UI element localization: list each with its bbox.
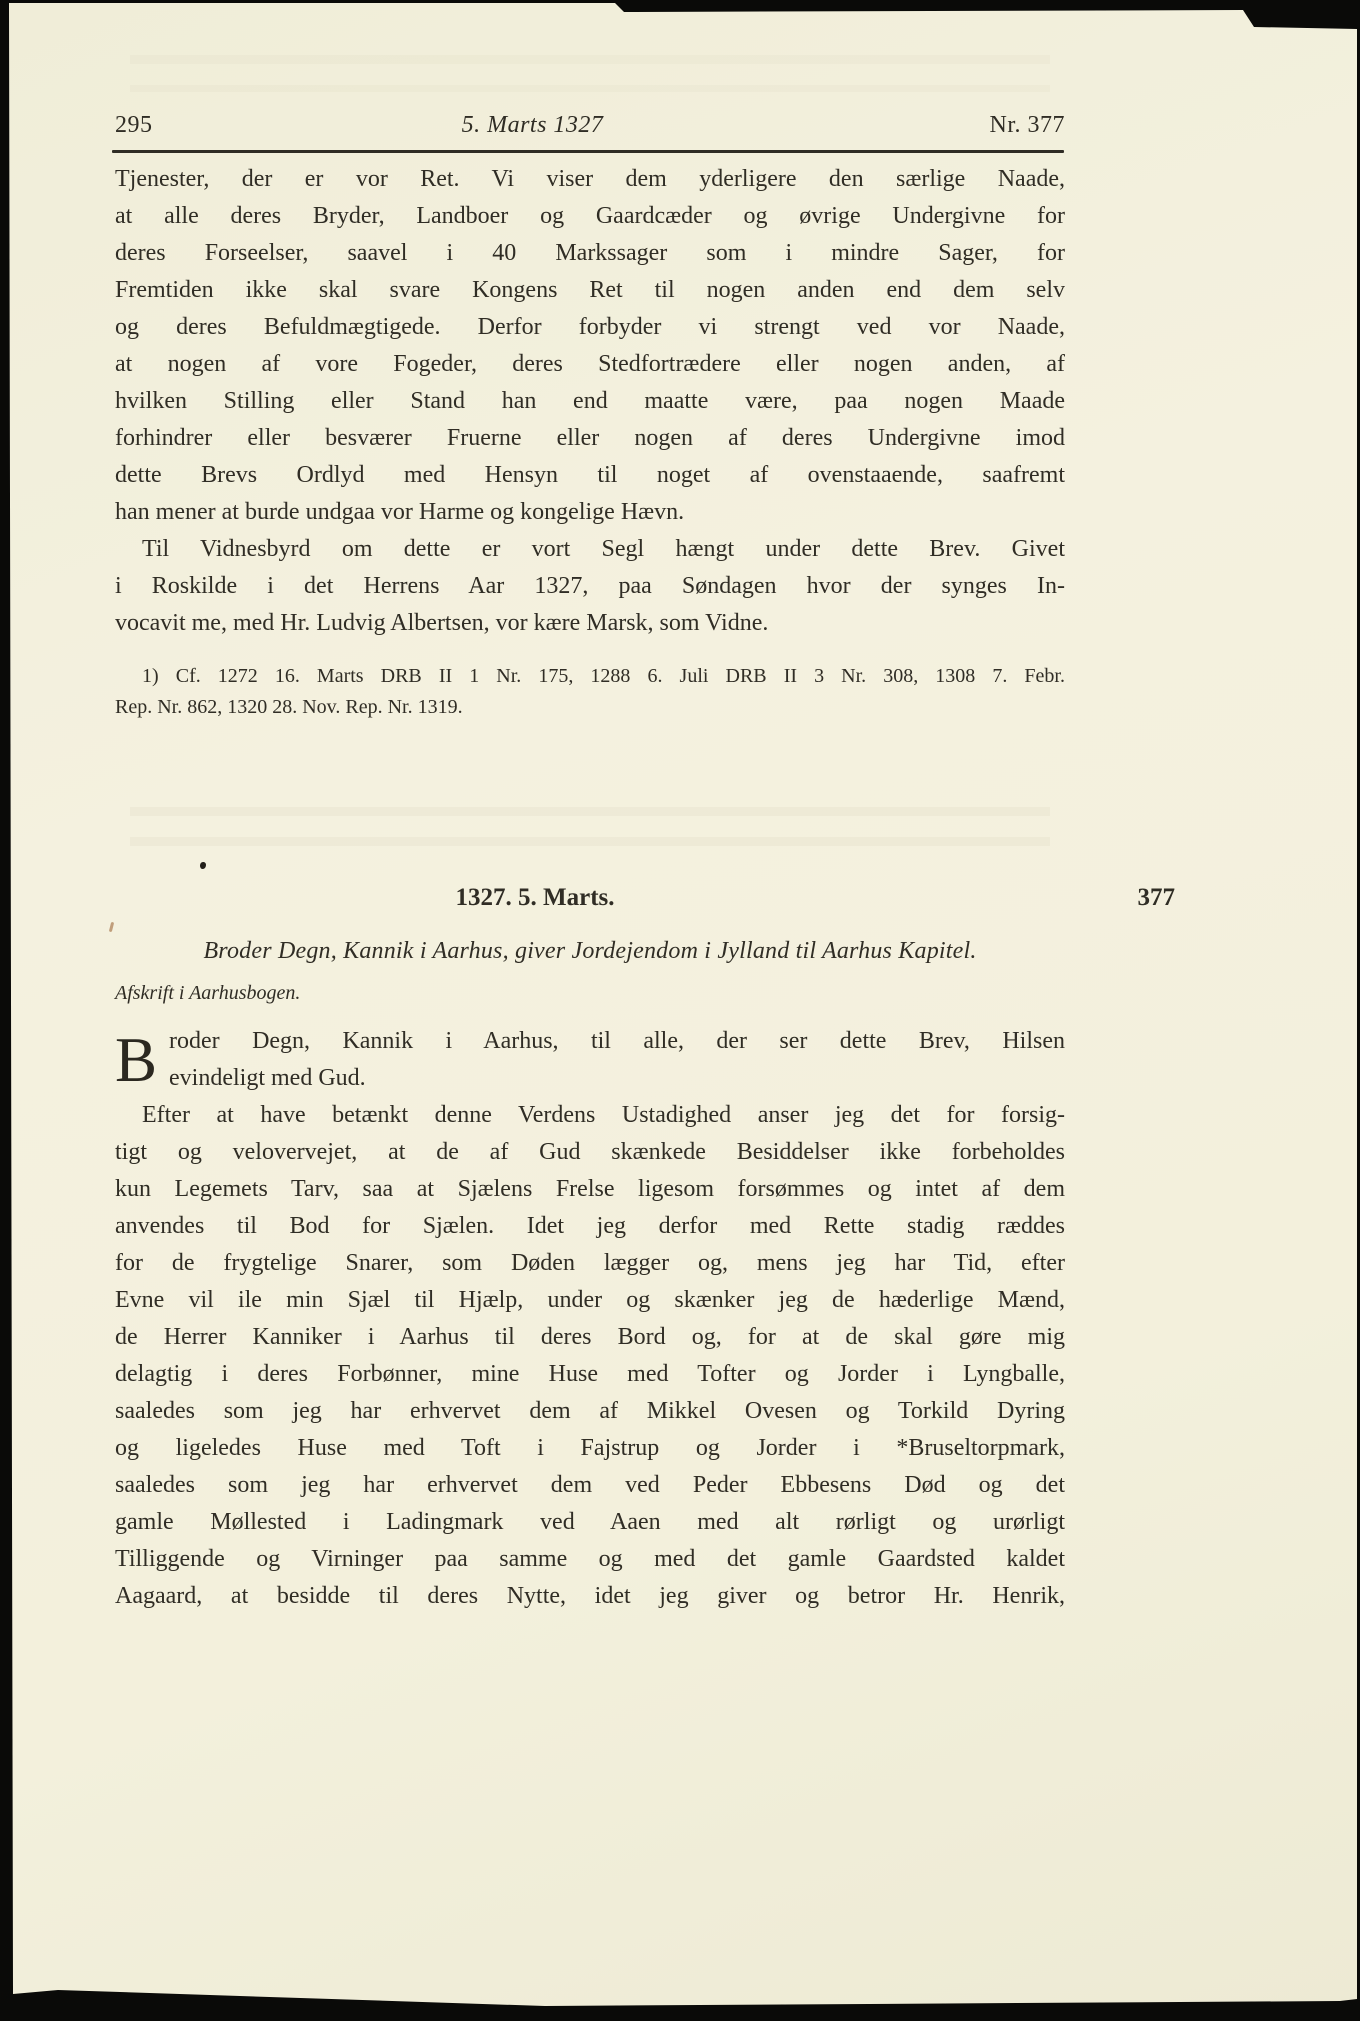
text-line: Rep. Nr. 862, 1320 28. Nov. Rep. Nr. 131… <box>115 692 1065 723</box>
text-line: for de frygtelige Snarer, som Døden lægg… <box>115 1245 1065 1282</box>
text-line: at alle deres Bryder, Landboer og Gaardс… <box>115 198 1065 235</box>
text-line: de Herrer Kanniker i Aarhus til deres Bo… <box>115 1319 1065 1356</box>
text-line: Fremtiden ikke skal svare Kongens Ret ti… <box>115 272 1065 309</box>
text-line: evindeligt med Gud. <box>115 1060 1065 1097</box>
entry-376-text: Tjenester, der er vor Ret. Vi viser dem … <box>115 161 1065 723</box>
text-line: deres Forseelser, saavel i 40 Markssager… <box>115 235 1065 272</box>
text-line: Evne vil ile min Sjæl til Hjælp, under o… <box>115 1282 1065 1319</box>
text-line: Til Vidnesbyrd om dette er vort Segl hæn… <box>115 531 1065 568</box>
entry-body: B roder Degn, Kannik i Aarhus, til alle,… <box>115 1023 1065 1615</box>
text-line: Aagaard, at besidde til deres Nytte, ide… <box>115 1578 1065 1615</box>
paragraph: roder Degn, Kannik i Aarhus, til alle, d… <box>115 1023 1065 1097</box>
text-line: vocavit me, med Hr. Ludvig Albertsen, vo… <box>115 605 1065 642</box>
running-title: 5. Marts 1327 <box>295 112 885 139</box>
paragraph: Til Vidnesbyrd om dette er vort Segl hæn… <box>115 531 1065 642</box>
text-line: forhindrer eller besværer Fruerne eller … <box>115 420 1065 457</box>
text-line: 1) Cf. 1272 16. Marts DRB II 1 Nr. 175, … <box>115 661 1065 692</box>
source-note: Afskrift i Aarhusbogen. <box>115 980 1065 1006</box>
entry-date: 1327. 5. Marts. <box>456 884 615 911</box>
text-line: hvilken Stilling eller Stand han end maa… <box>115 383 1065 420</box>
entry-number-header: Nr. 377 <box>885 112 1065 139</box>
book-page: 295 5. Marts 1327 Nr. 377 Tjenester, der… <box>0 0 1360 2021</box>
footnote: 1) Cf. 1272 16. Marts DRB II 1 Nr. 175, … <box>115 661 1065 723</box>
entry-heading: 1327. 5. Marts. 377 <box>115 882 1065 914</box>
page-number: 295 <box>115 112 295 139</box>
text-line: gamle Møllested i Ladingmark ved Aaen me… <box>115 1504 1065 1541</box>
ink-speck <box>200 862 206 869</box>
drop-cap: B <box>115 1023 169 1097</box>
text-line: dette Brevs Ordlyd med Hensyn til noget … <box>115 457 1065 494</box>
text-line: saaledes som jeg har erhvervet dem af Mi… <box>115 1393 1065 1430</box>
text-line: at nogen af vore Fogeder, deres Stedfort… <box>115 346 1065 383</box>
entry-title: Broder Degn, Kannik i Aarhus, giver Jord… <box>115 936 1065 966</box>
text-line: kun Legemets Tarv, saa at Sjælens Frelse… <box>115 1171 1065 1208</box>
bleed-through-ghost <box>130 34 1050 92</box>
text-line: han mener at burde undgaa vor Harme og k… <box>115 494 1065 531</box>
text-line: Tjenester, der er vor Ret. Vi viser dem … <box>115 161 1065 198</box>
text-line: og ligeledes Huse med Toft i Fajstrup og… <box>115 1430 1065 1467</box>
bleed-through-ghost <box>130 786 1050 852</box>
entry-number: 377 <box>1138 882 1176 914</box>
header-rule <box>112 150 1064 153</box>
text-line: delagtig i deres Forbønner, mine Huse me… <box>115 1356 1065 1393</box>
text-line: anvendes til Bod for Sjælen. Idet jeg de… <box>115 1208 1065 1245</box>
text-line: og deres Befuldmægtigede. Derfor forbyde… <box>115 309 1065 346</box>
paragraph: Efter at have betænkt denne Verdens Usta… <box>115 1097 1065 1615</box>
text-line: Efter at have betænkt denne Verdens Usta… <box>115 1097 1065 1134</box>
scan-background: { "header": { "page_number": "295", "run… <box>0 0 1360 2021</box>
text-line: Tilliggende og Virninger paa samme og me… <box>115 1541 1065 1578</box>
running-head: 295 5. Marts 1327 Nr. 377 <box>115 112 1065 139</box>
text-line: tigt og velovervejet, at de af Gud skænk… <box>115 1134 1065 1171</box>
stray-mark <box>109 922 114 932</box>
paragraph-with-dropcap: B roder Degn, Kannik i Aarhus, til alle,… <box>115 1023 1065 1097</box>
text-line: i Roskilde i det Herrens Aar 1327, paa S… <box>115 568 1065 605</box>
entry-377: 1327. 5. Marts. 377 Broder Degn, Kannik … <box>115 882 1065 1615</box>
text-line: roder Degn, Kannik i Aarhus, til alle, d… <box>115 1023 1065 1060</box>
paragraph: Tjenester, der er vor Ret. Vi viser dem … <box>115 161 1065 531</box>
text-line: saaledes som jeg har erhvervet dem ved P… <box>115 1467 1065 1504</box>
